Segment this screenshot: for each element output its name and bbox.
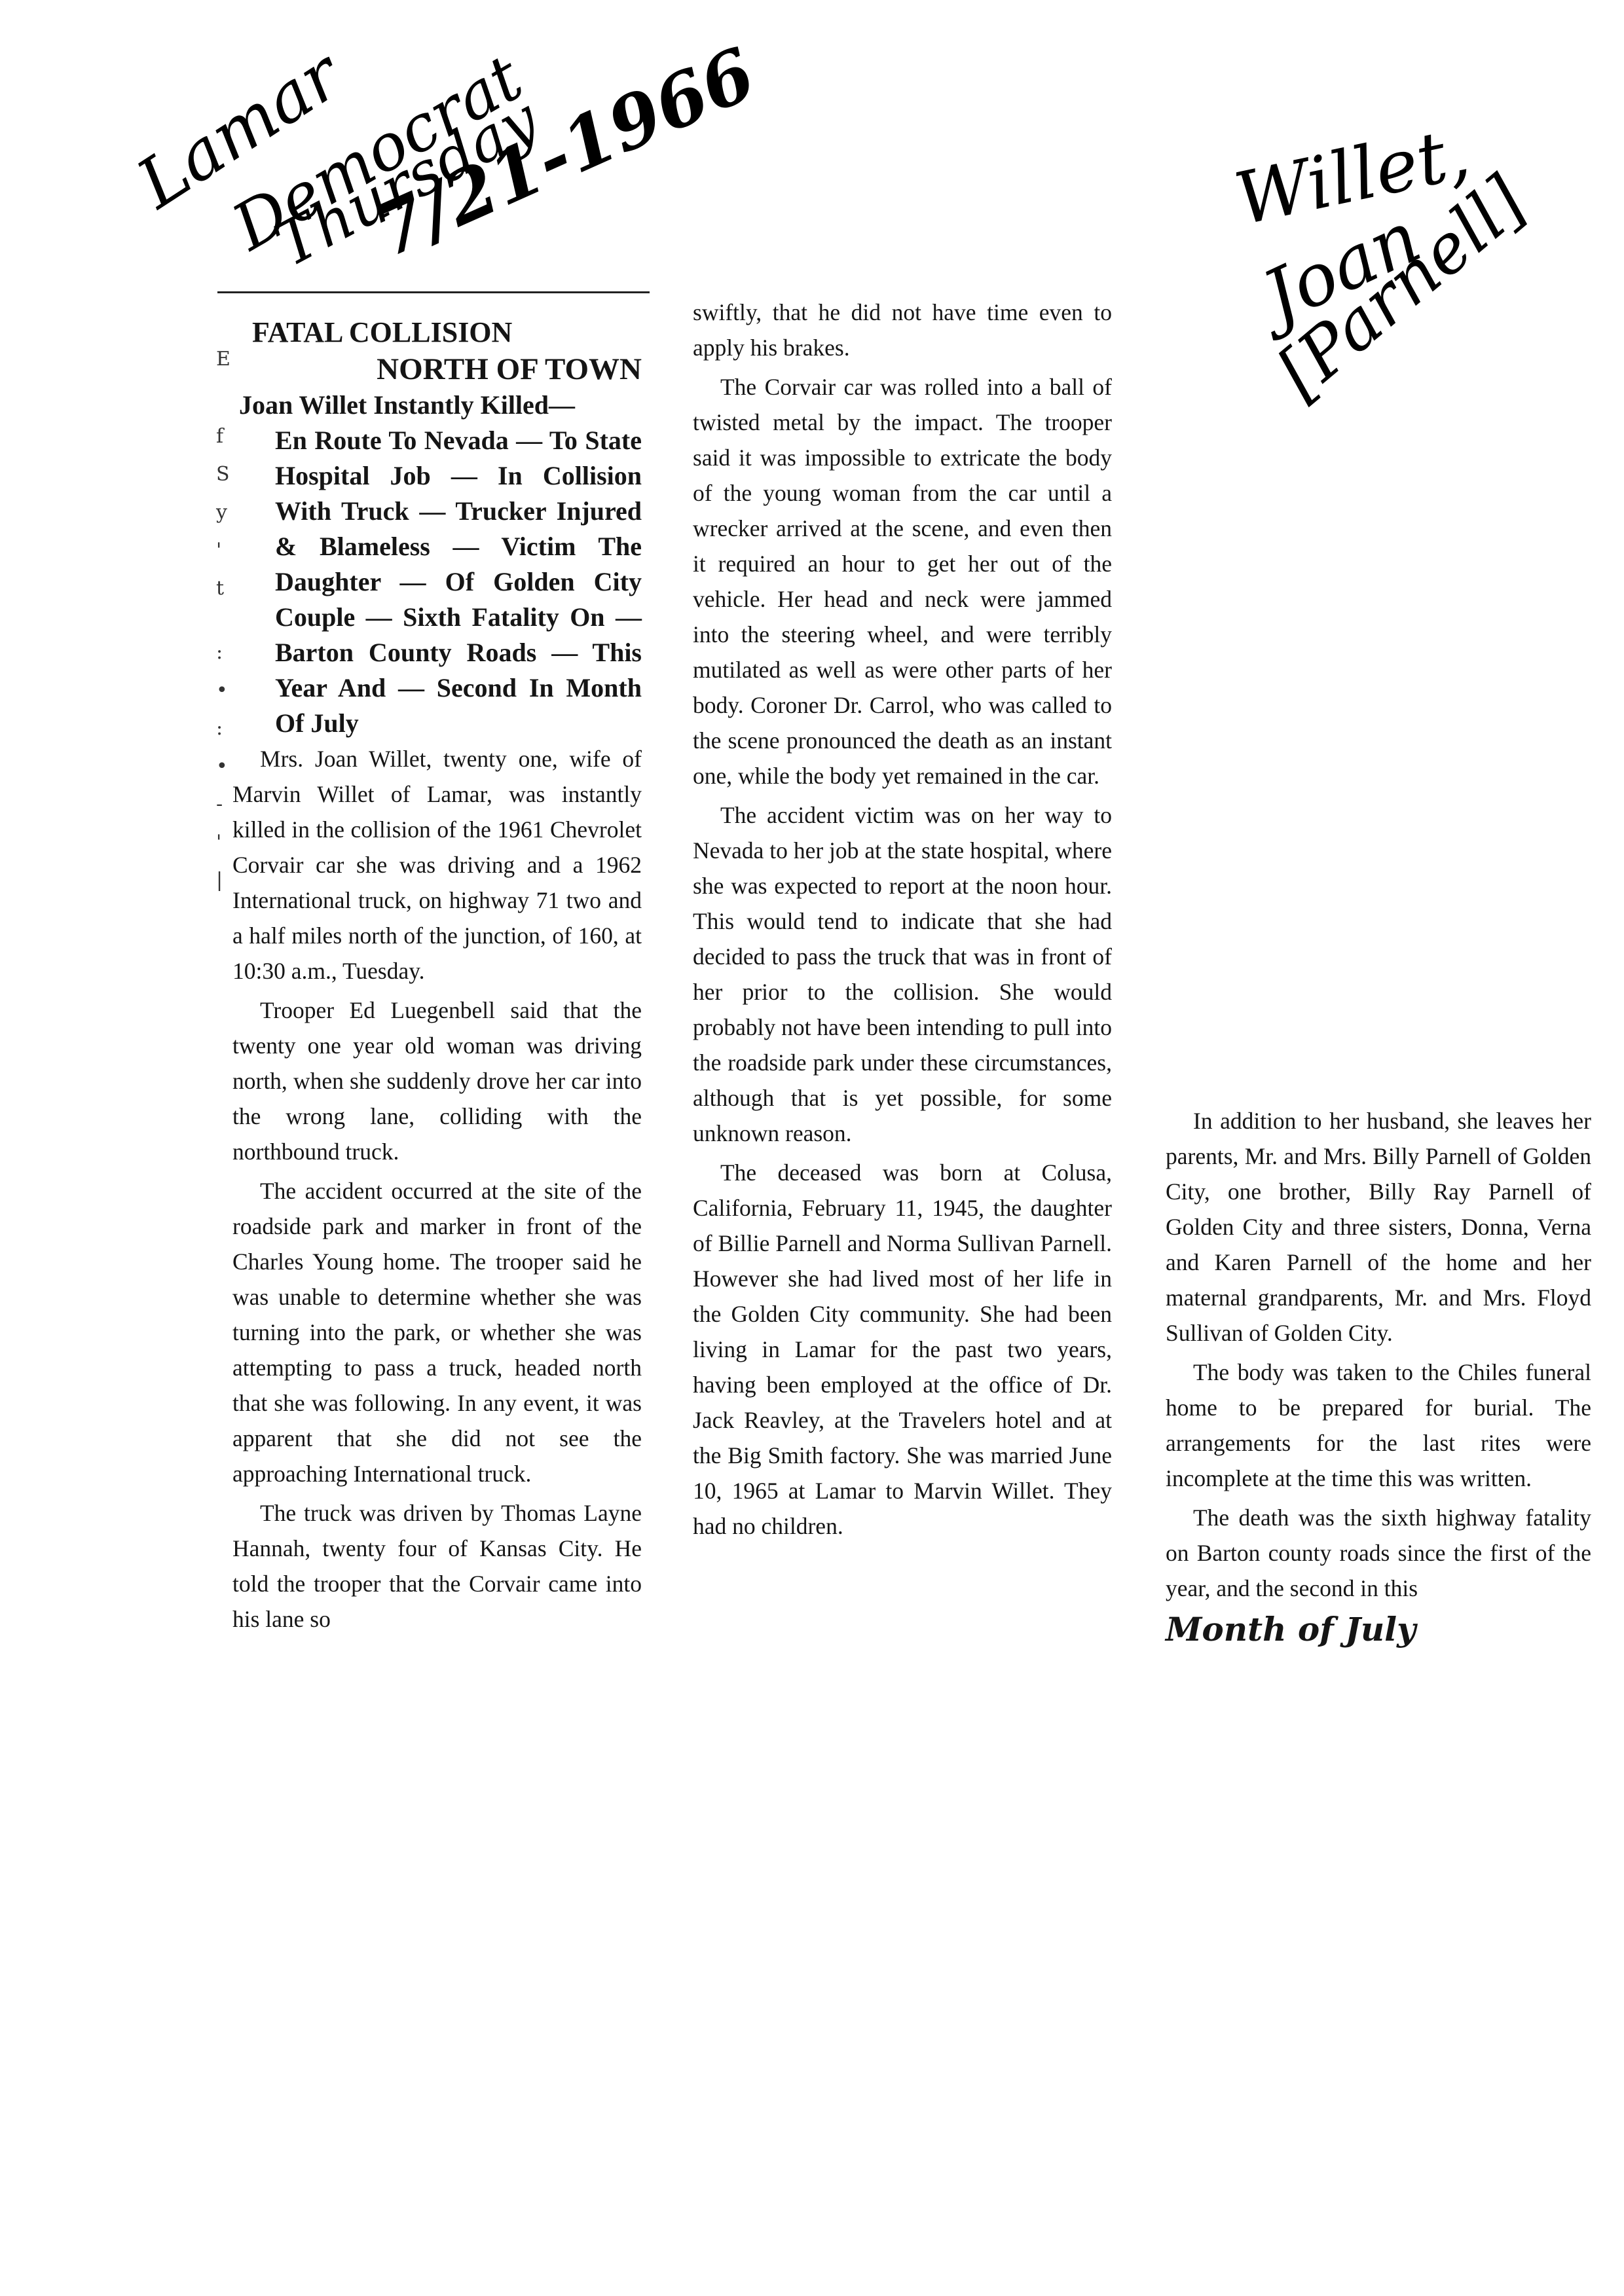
paragraph: The accident victim was on her way to Ne… <box>693 797 1112 1151</box>
paragraph: Mrs. Joan Willet, twenty one, wife of Ma… <box>232 741 642 989</box>
paragraph: The Corvair car was rolled into a ball o… <box>693 369 1112 793</box>
paragraph: The deceased was born at Colusa, Califor… <box>693 1155 1112 1544</box>
headline: FATAL COLLISION NORTH OF TOWN <box>232 314 642 388</box>
paragraph: The truck was driven by Thomas Layne Han… <box>232 1495 642 1637</box>
article-column-1: FATAL COLLISION NORTH OF TOWN Joan Wille… <box>232 314 642 1641</box>
paragraph: The body was taken to the Chiles funeral… <box>1166 1355 1591 1496</box>
paragraph: In addition to her husband, she leaves h… <box>1166 1103 1591 1351</box>
deck-rest: En Route To Nevada — To State Hospital J… <box>275 426 642 738</box>
subheadline-deck: Joan Willet Instantly Killed— En Route T… <box>232 388 642 741</box>
headline-line-2: NORTH OF TOWN <box>232 351 642 388</box>
article-column-2: swiftly, that he did not have time even … <box>693 295 1112 1548</box>
deck-first-line: Joan Willet Instantly Killed— <box>239 388 642 423</box>
paragraph: The accident occurred at the site of the… <box>232 1173 642 1491</box>
paragraph: The death was the sixth highway fatality… <box>1166 1500 1591 1606</box>
handwritten-closing: Month of July <box>1166 1610 1591 1649</box>
headline-line-1: FATAL COLLISION <box>232 314 642 351</box>
paragraph: Trooper Ed Luegenbell said that the twen… <box>232 993 642 1169</box>
paragraph-continued: swiftly, that he did not have time even … <box>693 295 1112 365</box>
column-top-rule <box>217 291 650 293</box>
article-column-3: In addition to her husband, she leaves h… <box>1166 1103 1591 1649</box>
